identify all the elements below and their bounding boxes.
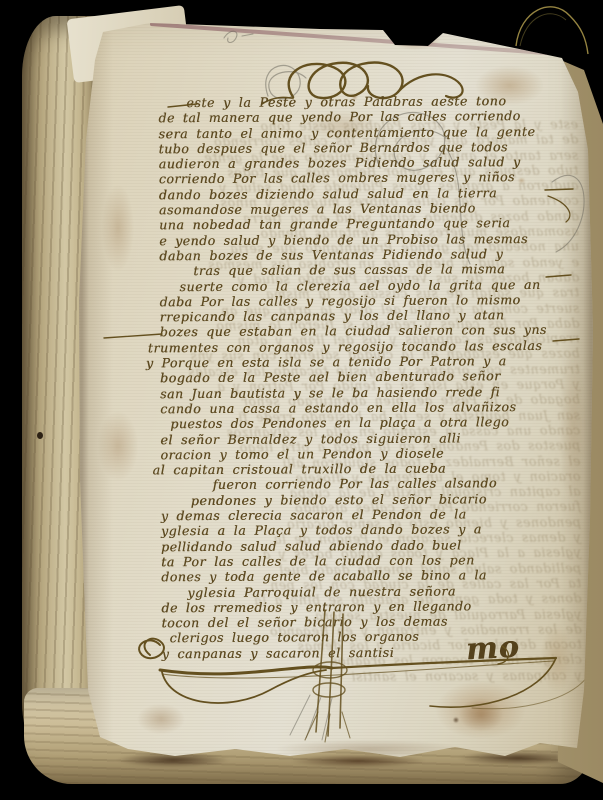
stray-fiber	[0, 0, 603, 800]
photo-backdrop: este y la Peste y otras Palabras aeste t…	[0, 0, 603, 800]
